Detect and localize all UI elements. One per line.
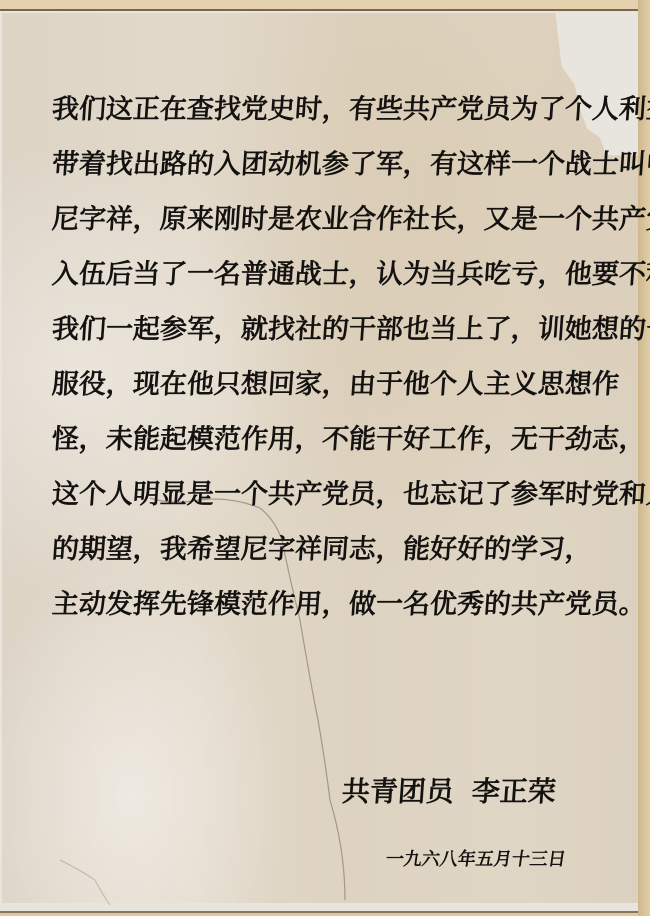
frame-right-edge: [638, 0, 650, 916]
letter-line: 入伍后当了一名普通战士，认为当兵吃亏，他要不和: [50, 247, 624, 302]
letter-date: 一九六八年五月十三日: [384, 845, 568, 871]
letter-line: 这个人明显是一个共产党员，也忘记了参军时党和人民: [50, 467, 624, 522]
letter-line: 的期望，我希望尼字祥同志，能好好的学习，: [50, 522, 624, 577]
letter-line: 我们一起参军，就找社的干部也当上了，训她想的长期: [50, 302, 624, 357]
letter-line: 我们这正在查找党史时，有些共产党员为了个人利益，: [50, 82, 624, 137]
letter-line: 怪，未能起模范作用，不能干好工作，无干劲志，: [50, 412, 624, 467]
letter-line: 带着找出路的入团动机参了军，有这样一个战士叫中: [50, 137, 624, 192]
letter-body: 我们这正在查找党史时，有些共产党员为了个人利益， 带着找出路的入团动机参了军，有…: [52, 82, 622, 632]
signature-name: 李正荣: [471, 775, 557, 808]
signature-block: 共青团员李正荣: [341, 770, 558, 810]
signature-role: 共青团员: [341, 775, 455, 808]
letter-line: 主动发挥先锋模范作用，做一名优秀的共产党员。: [50, 577, 624, 632]
letter-line: 服役，现在他只想回家，由于他个人主义思想作: [50, 357, 624, 412]
letter-line: 尼字祥，原来刚时是农业合作社长，又是一个共产党员，: [50, 192, 624, 247]
